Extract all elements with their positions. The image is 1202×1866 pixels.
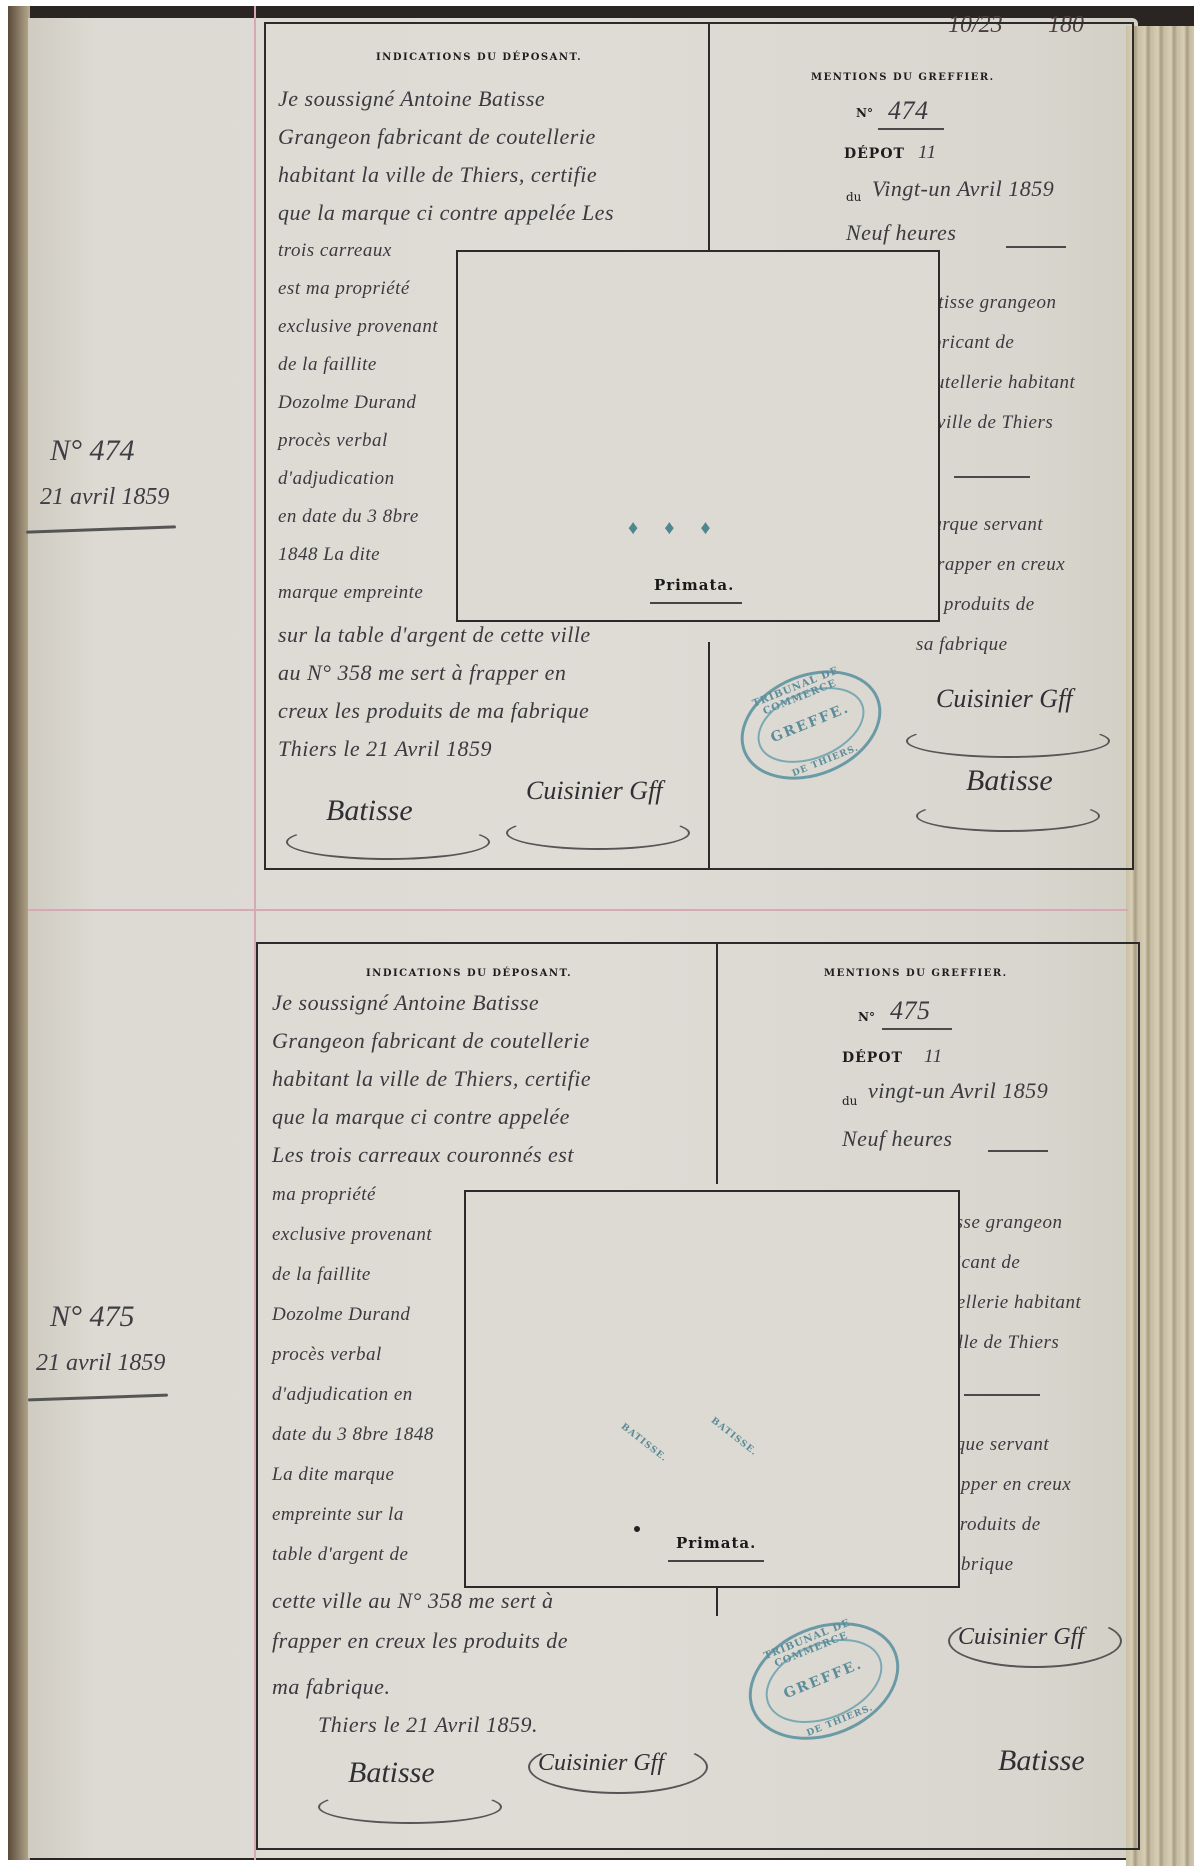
depositor-line-11: d'adjudication en: [272, 1384, 413, 1406]
column-divider-bottom: [708, 642, 710, 868]
entry-number: 475: [890, 996, 931, 1026]
depositor-header: INDICATIONS DU DÉPOSANT.: [366, 968, 572, 979]
depositor-line-3: habitant la ville de Thiers, certifie: [278, 162, 597, 188]
depositor-line-13: 1848 La dite: [278, 544, 380, 566]
depositor-line-7: exclusive provenant: [278, 316, 438, 338]
depositor-flourish-right: [916, 800, 1100, 832]
depositor-line-2: Grangeon fabricant de coutellerie: [272, 1028, 590, 1054]
depositor-line-1: Je soussigné Antoine Batisse: [278, 86, 545, 112]
entry-number: 474: [888, 96, 929, 126]
depositor-line-12: date du 3 8bre 1848: [272, 1424, 434, 1446]
depositor-line-17: creux les produits de ma fabrique: [278, 698, 589, 724]
margin-date: 21 avril 1859: [36, 1350, 165, 1377]
depot-label: DÉPOT: [842, 1050, 903, 1066]
clerk-signature-right: Cuisinier Gff: [936, 684, 1073, 714]
depositor-header: INDICATIONS DU DÉPOSANT.: [376, 52, 582, 63]
depositor-line-9: Dozolme Durand: [278, 392, 416, 414]
depositor-line-14: marque empreinte: [278, 582, 423, 604]
number-label: N°: [856, 106, 873, 120]
depositor-line-10: procès verbal: [278, 430, 388, 452]
du-label: du: [842, 1094, 857, 1108]
depositor-signature-right: Batisse: [998, 1744, 1085, 1778]
depositor-line-2: Grangeon fabricant de coutellerie: [278, 124, 596, 150]
clerk-signature-left: Cuisinier Gff: [526, 776, 663, 806]
signature-flourish: [286, 824, 490, 860]
margin-number: N° 475: [50, 1300, 135, 1334]
clerk-header: MENTIONS DU GREFFIER.: [824, 968, 1008, 979]
mark-caption: Primata.: [654, 576, 734, 594]
batisse-imprint-1: BATISSE.: [619, 1422, 669, 1464]
depositor-line-8: de la faillite: [272, 1264, 371, 1286]
ink-dot: [634, 1526, 640, 1532]
du-label: du: [846, 190, 861, 204]
clerk-header: MENTIONS DU GREFFIER.: [811, 72, 995, 83]
batisse-imprint-2: BATISSE.: [709, 1416, 759, 1458]
three-diamonds-mark-icon: ♦♦♦: [628, 517, 737, 540]
depositor-line-16: au N° 358 me sert à frapper en: [278, 660, 566, 686]
mark-caption-underline: [668, 1560, 764, 1562]
depositor-line-11: d'adjudication: [278, 468, 395, 490]
depositor-signature: Batisse: [348, 1756, 435, 1790]
column-divider-top: [708, 24, 710, 256]
depositor-line-10: procès verbal: [272, 1344, 382, 1366]
signature-flourish: [318, 1790, 502, 1824]
depositor-line-4: que la marque ci contre appelée Les: [278, 200, 614, 226]
depot-date: Vingt-un Avril 1859: [872, 176, 1054, 202]
depositor-line-8: de la faillite: [278, 354, 377, 376]
number-underline: [882, 1028, 952, 1030]
book-binding: [8, 6, 30, 1860]
clerk-note-rule: [964, 1394, 1040, 1396]
depot-mark: 11: [924, 1046, 943, 1068]
depositor-line-3: habitant la ville de Thiers, certifie: [272, 1066, 591, 1092]
number-label: N°: [858, 1010, 875, 1024]
clerk-note-8: sa fabrique: [916, 634, 1008, 656]
depositor-line-13: La dite marque: [272, 1464, 394, 1486]
depositor-line-7: exclusive provenant: [272, 1224, 432, 1246]
depot-time: Neuf heures: [842, 1126, 952, 1152]
margin-number: N° 474: [50, 434, 135, 468]
clerk-flourish-left: [506, 816, 690, 850]
register-page: 10/23 180 N° 474 21 avril 1859 INDICATIO…: [8, 6, 1194, 1860]
trademark-box: ♦♦♦ Primata.: [456, 250, 940, 622]
depositor-line-6: est ma propriété: [278, 278, 410, 300]
depot-time: Neuf heures: [846, 220, 956, 246]
depositor-line-18: Thiers le 21 Avril 1859: [278, 736, 492, 762]
depositor-line-15: sur la table d'argent de cette ville: [278, 622, 591, 648]
clerk-flourish-right: [948, 1614, 1122, 1668]
clerk-flourish-left: [528, 1740, 708, 1794]
depositor-line-17: frapper en creux les produits de: [272, 1628, 568, 1654]
entry-separator-rule: [28, 909, 1128, 911]
depositor-line-9: Dozolme Durand: [272, 1304, 410, 1326]
depot-date: vingt-un Avril 1859: [868, 1078, 1048, 1104]
mark-caption-underline: [650, 602, 742, 604]
depositor-line-18: ma fabrique.: [272, 1674, 390, 1700]
column-divider-top: [716, 944, 718, 1184]
depositor-signature: Batisse: [326, 794, 413, 828]
mark-caption: Primata.: [676, 1534, 756, 1552]
depositor-line-15: table d'argent de: [272, 1544, 408, 1566]
depositor-line-4: que la marque ci contre appelée: [272, 1104, 570, 1130]
number-underline: [878, 128, 944, 130]
depositor-line-5: Les trois carreaux couronnés est: [272, 1142, 574, 1168]
clerk-flourish-right: [906, 724, 1110, 758]
depositor-line-12: en date du 3 8bre: [278, 506, 419, 528]
depot-label: DÉPOT: [844, 146, 905, 162]
depositor-line-19: Thiers le 21 Avril 1859.: [318, 1712, 538, 1738]
depositor-line-6: ma propriété: [272, 1184, 376, 1206]
trademark-box: BATISSE. BATISSE. Primata.: [464, 1190, 960, 1588]
depositor-line-1: Je soussigné Antoine Batisse: [272, 990, 539, 1016]
margin-date: 21 avril 1859: [40, 484, 169, 511]
depositor-line-5: trois carreaux: [278, 240, 392, 262]
depositor-signature-right: Batisse: [966, 764, 1053, 798]
depositor-line-16: cette ville au N° 358 me sert à: [272, 1588, 554, 1614]
depot-mark: 11: [918, 142, 937, 164]
clerk-note-rule: [954, 476, 1030, 478]
depositor-line-14: empreinte sur la: [272, 1504, 404, 1526]
time-underline: [988, 1150, 1048, 1152]
time-underline: [1006, 246, 1066, 248]
